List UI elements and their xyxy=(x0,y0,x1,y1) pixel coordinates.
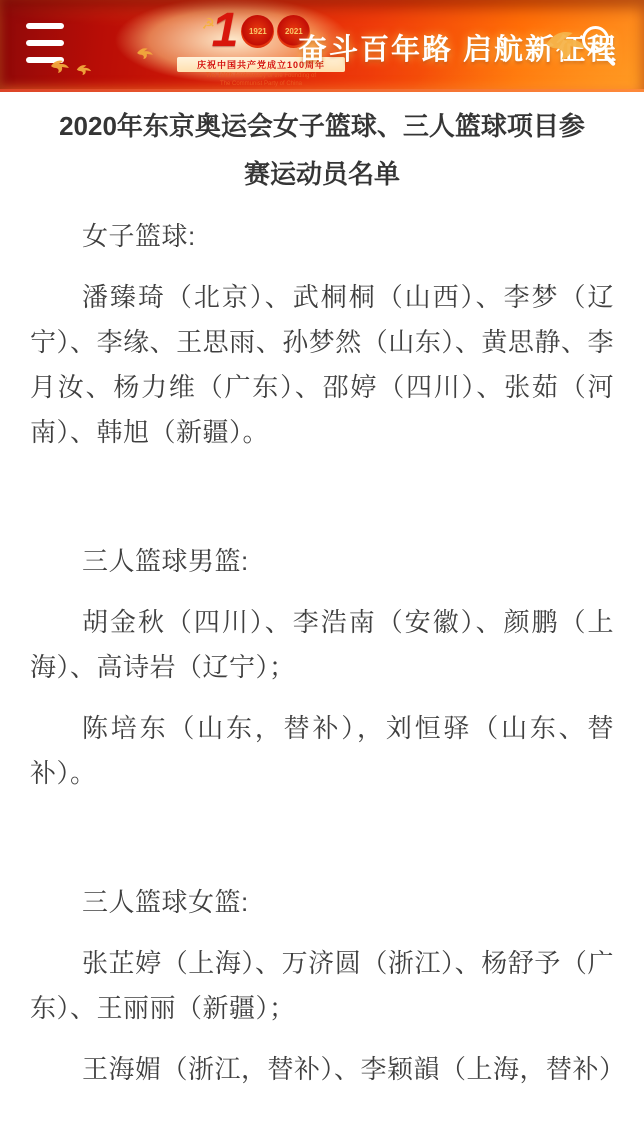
logo-year-ring: 1921 xyxy=(241,15,274,48)
dove-icon xyxy=(136,46,154,60)
dove-icon xyxy=(76,63,92,76)
article: 2020年东京奥运会女子篮球、三人篮球项目参赛运动员名单 女子篮球: 潘臻琦（北… xyxy=(0,102,644,1092)
logo-caption-en: The Communist Party of China xyxy=(172,80,350,88)
hamburger-menu-icon[interactable] xyxy=(26,23,64,63)
search-handle xyxy=(604,54,616,66)
section-heading-womens-basketball: 女子篮球: xyxy=(30,214,614,259)
paragraph-womens-roster: 潘臻琦（北京）、武桐桐（山西）、李梦（辽宁）、李缘、王思雨、孙梦然（山东）、黄思… xyxy=(30,275,614,455)
logo-numeral: ☭1 xyxy=(212,7,239,55)
paragraph-3x3-men-substitutes: 陈培东（山东，替补），刘恒驿（山东、替补）。 xyxy=(30,706,614,796)
banner-slogan: 奋斗百年路 启航新征程 xyxy=(298,27,568,68)
paragraph-3x3-men-roster: 胡金秋（四川）、李浩南（安徽）、颜鹏（上海）、高诗岩（辽宁）； xyxy=(30,600,614,690)
logo-caption-en: The 100th Anniversary of the Founding of xyxy=(172,72,350,80)
search-icon[interactable] xyxy=(576,22,618,66)
hamburger-bar xyxy=(26,23,64,29)
search-ring xyxy=(582,26,609,53)
dove-icon xyxy=(50,58,70,74)
hamburger-bar xyxy=(26,40,64,46)
header-banner: ☭1 1921 2021 庆祝中国共产党成立100周年 The 100th An… xyxy=(0,0,644,92)
article-title: 2020年东京奥运会女子篮球、三人篮球项目参赛运动员名单 xyxy=(50,102,594,198)
paragraph-3x3-women-substitutes: 王海媚（浙江，替补）、李颖韻（上海，替补） xyxy=(30,1047,614,1092)
paragraph-3x3-women-roster: 张芷婷（上海）、万济圆（浙江）、杨舒予（广东）、王丽丽（新疆）； xyxy=(30,941,614,1031)
section-heading-3x3-women: 三人篮球女篮: xyxy=(30,880,614,925)
hammer-sickle-icon: ☭ xyxy=(202,1,215,49)
section-heading-3x3-men: 三人篮球男篮: xyxy=(30,539,614,584)
